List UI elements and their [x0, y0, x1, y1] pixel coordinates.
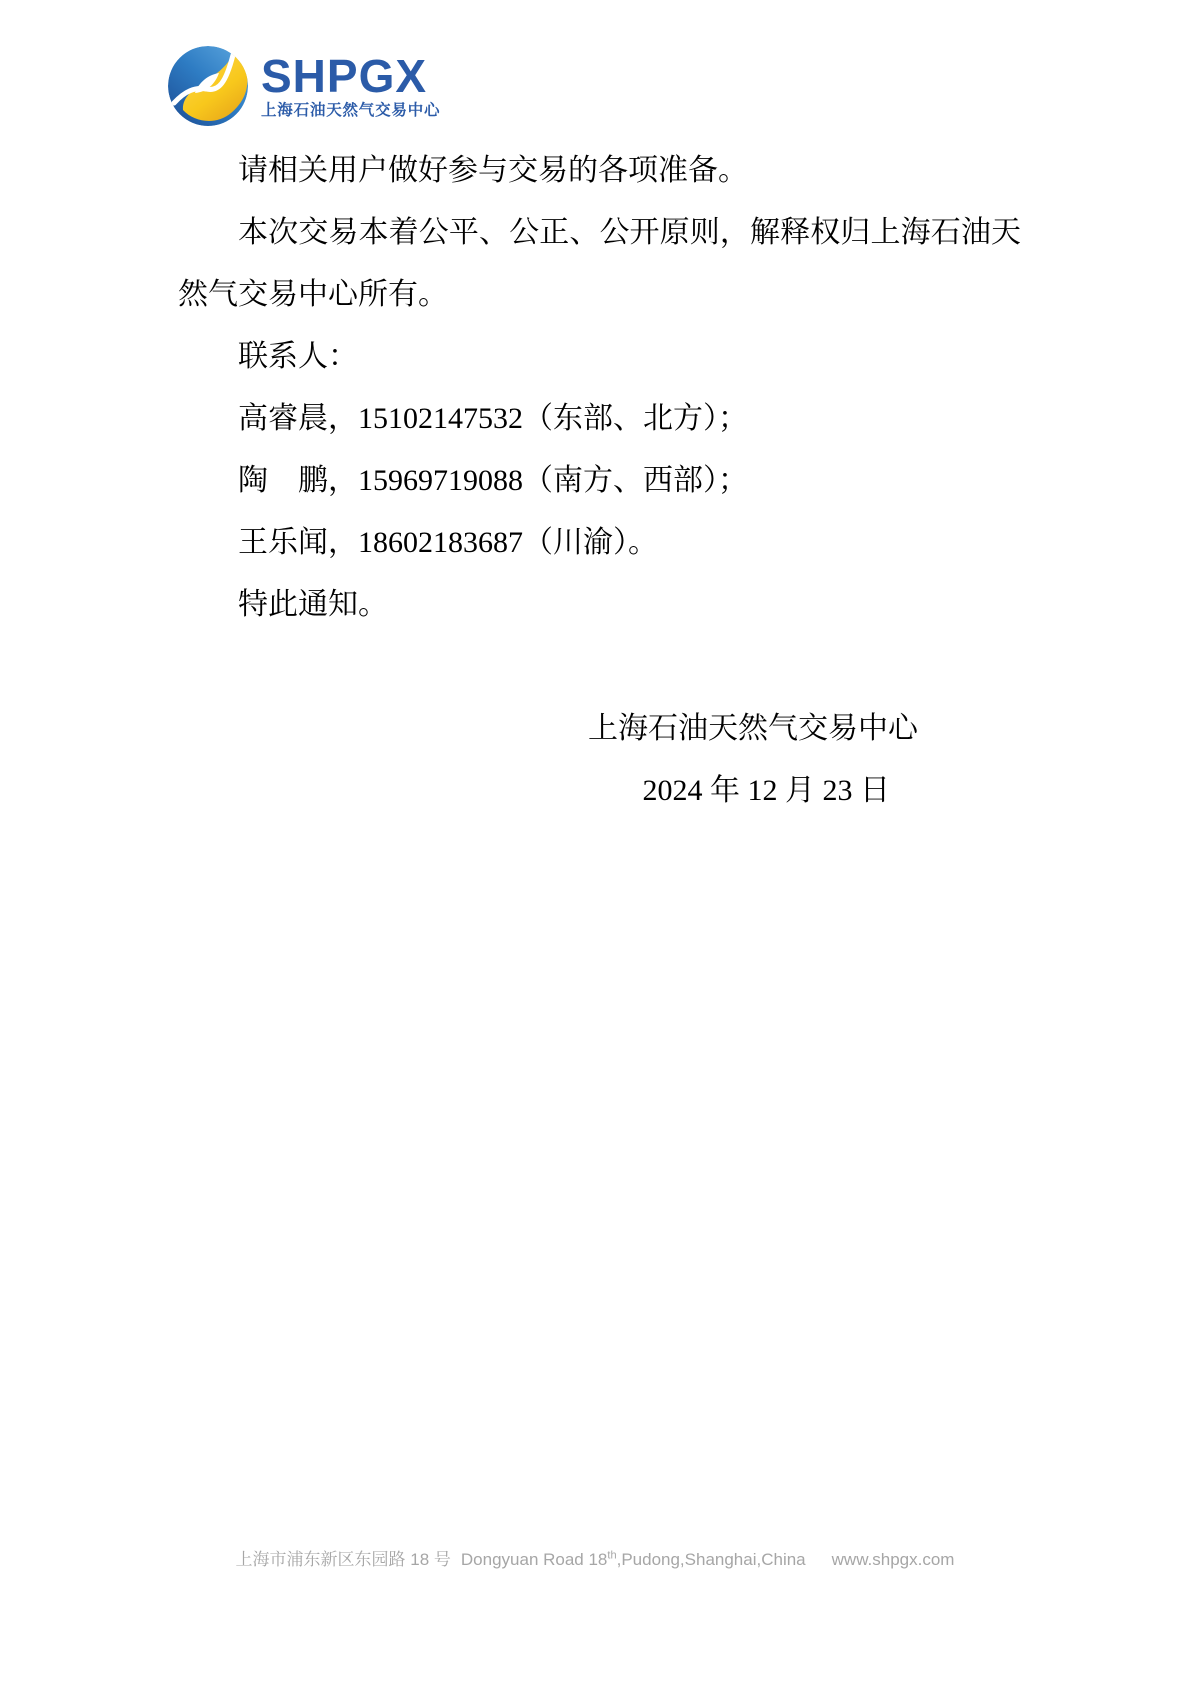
footer-website: www.shpgx.com [832, 1550, 955, 1569]
contacts-heading: 联系人： [178, 326, 1021, 388]
document-body: 请相关用户做好参与交易的各项准备。 本次交易本着公平、公正、公开原则，解释权归上… [178, 140, 1021, 822]
blank-line [178, 636, 1021, 698]
shpgx-globe-icon [168, 46, 248, 126]
logo-brand-text: SHPGX [261, 53, 440, 99]
logo-subtitle-text: 上海石油天然气交易中心 [261, 102, 440, 120]
footer-ordinal-superscript: th [607, 1549, 616, 1561]
body-paragraph-preparation: 请相关用户做好参与交易的各项准备。 [178, 140, 1021, 202]
signature-date: 2024 年 12 月 23 日 [178, 760, 1021, 822]
notice-closing: 特此通知。 [178, 574, 1021, 636]
contact-line-3: 王乐闻，18602183687（川渝）。 [178, 512, 1021, 574]
document-page: SHPGX 上海石油天然气交易中心 请相关用户做好参与交易的各项准备。 本次交易… [0, 0, 1190, 1684]
footer-address-chinese: 上海市浦东新区东园路 18 号 [236, 1550, 451, 1569]
logo-text-block: SHPGX 上海石油天然气交易中心 [261, 53, 440, 120]
contact-line-1: 高睿晨，15102147532（东部、北方）； [178, 388, 1021, 450]
shpgx-logo: SHPGX 上海石油天然气交易中心 [168, 46, 440, 126]
contact-line-2: 陶 鹏，15969719088（南方、西部）； [178, 450, 1021, 512]
footer-address-english: Dongyuan Road 18th,Pudong,Shanghai,China [461, 1550, 806, 1569]
body-paragraph-principles: 本次交易本着公平、公正、公开原则，解释权归上海石油天然气交易中心所有。 [178, 202, 1021, 326]
page-footer: 上海市浦东新区东园路 18 号Dongyuan Road 18th,Pudong… [0, 1548, 1190, 1572]
signature-organization: 上海石油天然气交易中心 [178, 698, 1021, 760]
